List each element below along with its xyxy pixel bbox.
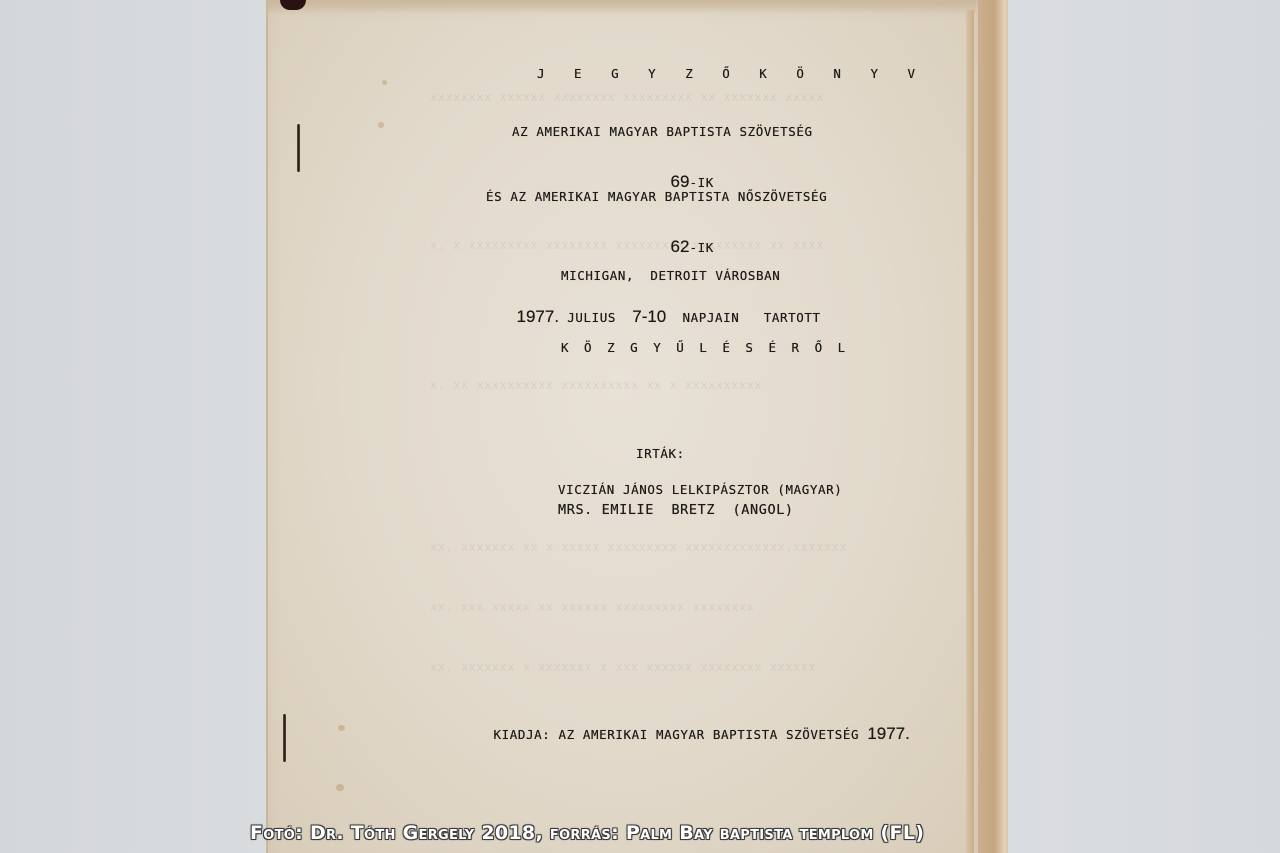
date-month: JULIUS bbox=[567, 310, 616, 325]
assembly-number-1-suffix: -IK bbox=[689, 175, 713, 190]
paper-stain bbox=[378, 122, 384, 128]
bleed-through-texture: x. x xxxxxxxxx xxxxxxxx xxxxxxxxx xxxxxx… bbox=[430, 238, 824, 252]
bleed-through-texture: xxxxxxxx xxxxxx xxxxxxxx xxxxxxxxx xx xx… bbox=[430, 90, 824, 104]
publisher-year: 1977. bbox=[867, 724, 910, 743]
staple-top bbox=[297, 124, 300, 172]
assembly-number-2-value: 62 bbox=[671, 237, 690, 256]
date-year: 1977. bbox=[517, 307, 560, 326]
staple-bottom bbox=[283, 714, 286, 762]
photo-credit-caption: Fotó: Dr. Tóth Gergely 2018, forrás: Pal… bbox=[250, 822, 924, 844]
womens-association-name: ÉS AZ AMERIKAI MAGYAR BAPTISTA NŐSZÖVETS… bbox=[486, 189, 827, 204]
date-line: 1977. JULIUS 7-10 NAPJAIN TARTOTT bbox=[484, 292, 821, 342]
authors-label: IRTÁK: bbox=[636, 446, 685, 461]
publisher-line: KIADJA: AZ AMERIKAI MAGYAR BAPTISTA SZÖV… bbox=[461, 709, 910, 759]
bleed-through-texture: xx. xxx xxxxx xx xxxxxx xxxxxxxxx xxxxxx… bbox=[430, 600, 754, 614]
author-2: MRS. EMILIE BRETZ (ANGOL) bbox=[558, 502, 794, 518]
bleed-through-texture: x. xx xxxxxxxxxx xxxxxxxxxx xx x xxxxxxx… bbox=[430, 378, 762, 392]
paper-stain bbox=[338, 725, 345, 731]
date-days: 7-10 bbox=[632, 307, 666, 326]
paper-stain bbox=[336, 784, 344, 791]
location-line: MICHIGAN, DETROIT VÁROSBAN bbox=[561, 268, 780, 283]
document-subtitle: K Ö Z G Y Ű L É S É R Ő L bbox=[561, 340, 849, 355]
document-title: J E G Y Z Ő K Ö N Y V bbox=[537, 66, 926, 81]
publisher-text: KIADJA: AZ AMERIKAI MAGYAR BAPTISTA SZÖV… bbox=[494, 727, 860, 742]
author-1: VICZIÁN JÁNOS LELKIPÁSZTOR (MAGYAR) bbox=[558, 482, 842, 497]
page-edge-shadow bbox=[966, 10, 974, 853]
date-rest: NAPJAIN TARTOTT bbox=[683, 310, 821, 325]
assembly-number-2: 62-IK bbox=[638, 222, 714, 272]
photo-scene: xxxxxxxx xxxxxx xxxxxxxx xxxxxxxxx xx xx… bbox=[0, 0, 1280, 853]
bleed-through-texture: xx. xxxxxxx x xxxxxxx x xxx xxxxxx xxxxx… bbox=[430, 660, 816, 674]
page-top-shadow bbox=[266, 0, 976, 14]
bleed-through-texture: xx. xxxxxxx xx x xxxxx xxxxxxxxx xxxxxxx… bbox=[430, 540, 847, 554]
association-name: AZ AMERIKAI MAGYAR BAPTISTA SZÖVETSÉG bbox=[512, 124, 813, 139]
assembly-number-2-suffix: -IK bbox=[689, 240, 713, 255]
paper-stain bbox=[382, 80, 387, 85]
